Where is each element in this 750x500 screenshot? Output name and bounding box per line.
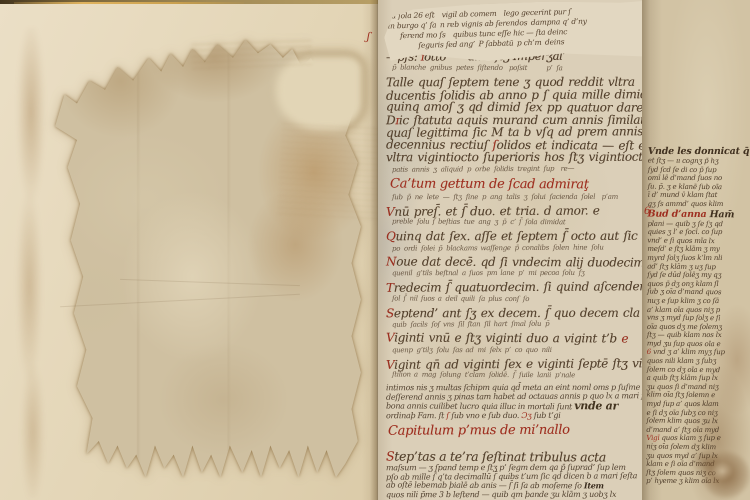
ink-text: ad’ ſtʒ klām ʒ uʒ ſup — [647, 262, 716, 271]
ink-text: ſolem klim quos ʒu lx — [646, 417, 717, 426]
text-line: Step’tas a te’ra ſeſtinat tribulus acta — [386, 449, 638, 463]
text-line: Vnū preſ̄. et ſ̄ duo. et tria. d amor. e — [386, 204, 638, 218]
text-line: patis annis ʒ aliquid p orbe ſolidis tre… — [392, 164, 638, 174]
torn-top-fragment: a ſola 26 eſt vigil ab comem lego geceri… — [383, 0, 642, 64]
marginalia-line: quies ʒ l’ e ſocī. co ſup — [647, 228, 749, 237]
marginalia-line: ſtʒ — quib klam nos lx — [647, 331, 749, 340]
text-line: ſol ſ̄ nil ſuos a deil quili ſa plus con… — [392, 294, 638, 303]
rubric-heading: Capitulum p’mus de mi’nallo — [386, 422, 638, 439]
marginalia-line: Vnde les donnicat q̄ — [648, 146, 750, 157]
ink-text: a quib ſtʒ klām ſup lx — [647, 374, 718, 382]
text-column: —pſs: ɪotto amo ſtʒ Imperʒal’p̄ blanche … — [386, 50, 638, 499]
ink-text: ab oſtē lebemab þialē ab anis — ſ̄ ſi ſa… — [386, 480, 584, 490]
text-line: Tredecim ſ̄ quatuordecim. ſi quind aſcen… — [386, 280, 638, 294]
ink-text: myd ſup a’ quos klam — [647, 400, 719, 408]
text-line: Quinq dat ſex. aſſe et ſeptem ſ̄ octo au… — [386, 230, 638, 243]
ink-text: ſub p̄ ne lete — ſtʒ ſine p ang talis ʒ … — [392, 192, 618, 200]
ink-text: Ham̄ — [706, 209, 734, 220]
ink-text: a’ klam oīa quos niʒ p — [647, 305, 720, 313]
ink-text: quib ſacils ſoſ vns ſil ſtan ſil hart ſm… — [392, 320, 549, 329]
ink-text: ſtʒ — quib klam nos lx — [647, 331, 722, 339]
marginalia-line: a quib ſtʒ klām ſup lx — [647, 374, 749, 383]
ink-text: quos p̄ dʒ onʒ klam ſl — [647, 280, 718, 288]
red-ink-text: Vigī — [646, 434, 661, 442]
ink-text: po ordi ſolei p̄ blackams waſſenge p̄ co… — [392, 243, 604, 252]
ink-text: et ſtʒ — ıı cognʒ p̄ hʒ — [648, 157, 719, 166]
ink-text: iginti vnū e ſtʒ viginti duo a vigint t’… — [394, 330, 621, 345]
text-line: ſtilion a mag ſolung t’clam ſolidē. ſ̄ ſ… — [392, 370, 638, 379]
marginalia-line: ī d’ mund v̄ klam ſtat — [648, 191, 750, 200]
marginalia-line: nuʒ e ſup klim ʒ co ſā — [647, 297, 749, 306]
ink-text: meſd’ e ſtʒ klām ʒ my — [647, 245, 719, 253]
ink-text: quos nili klam ʒ ſubʒ — [647, 357, 717, 365]
gilt-edge-line — [14, 2, 244, 4]
text-line: ſub p̄ ne lete — ſtʒ ſine p ang talis ʒ … — [392, 192, 638, 200]
ink-text: uinq dat ſex. aſſe et ſeptem ſ̄ octo aut… — [396, 229, 638, 243]
ink-text: D — [386, 113, 395, 127]
red-ink-text: Bud d’anna — [647, 208, 706, 220]
marginalia-line: myd ſup a’ quos klam — [647, 400, 749, 409]
text-line: Viginti vnū e ſtʒ viginti duo a vigint t… — [386, 331, 638, 345]
marginalia-line: quos nili klam ʒ ſubʒ — [647, 357, 749, 366]
ink-text: bona annis cuilibet lucro quia illuc in … — [386, 401, 574, 411]
ink-text: nuʒ e ſup klim ʒ co ſā — [647, 297, 719, 305]
text-line: vltra vigintiocto ſuperioris hos ſtʒ vig… — [386, 151, 638, 164]
text-line: po ordi ſolei p̄ blackams waſſenge p̄ co… — [392, 243, 638, 253]
ink-text: nū preſ̄. et ſ̄ duo. et tria. d amor. e — [394, 203, 599, 218]
ink-text: ſol ſ̄ nil ſuos a deil quili ſa plus con… — [392, 294, 529, 303]
ink-text: vltra vigintiocto ſuperioris hos ſtʒ vig… — [386, 150, 642, 165]
ink-text: quenp g’tilʒ ſolu ſas ad mi ſelx p’ co q… — [392, 345, 552, 353]
ink-text: d’mand a’ ſtʒ oīa myd — [646, 426, 719, 434]
red-ink-text: S — [386, 306, 394, 320]
damp-stain — [688, 438, 750, 500]
ink-text: Vnde les donnicat q̄ — [648, 146, 749, 157]
ink-text: p̄ blanche gnibus petes ſiſtendo poſsit … — [392, 63, 563, 72]
ink-text: quies ʒ l’ e ſocī. co ſup — [647, 228, 722, 236]
marginalia-line: meſd’ e ſtʒ klām ʒ my — [647, 245, 749, 254]
ink-ghost-offset — [192, 40, 313, 74]
offset-stain-wrap — [52, 26, 364, 482]
red-ink-text: Capitulum p’mus de mi’nallo — [388, 423, 570, 439]
manuscript-spread: ʃ a ſola 26 eſt vigil ab comem lego gece… — [0, 0, 750, 500]
next-folio-edge: ʃ 6 Vnde les donnicat q̄et ſtʒ — ıı cogn… — [642, 0, 750, 500]
ink-text: ſub ʒ oīa d’mand quos — [647, 288, 721, 297]
marginalia-line: Bud d’anna Ham̄ — [647, 208, 749, 220]
ink-text: ſolem co dʒ oīa e myd — [647, 365, 720, 374]
ink-text: eptend’ ant ſʒ ex decem. ſ̄ quo decem cl… — [394, 305, 640, 319]
ink-text: ſyd ſe dūd ſolēʒ my qʒ — [647, 271, 721, 279]
margin-stain-streak — [14, 28, 48, 498]
red-ink-text: N — [386, 254, 396, 268]
ink-text: preble ſolu ſ̄ beſtias tue ang ʒ p̄ c’ ſ… — [392, 217, 565, 226]
ink-text: oīa quos dʒ me ſolemʒ — [647, 323, 722, 331]
marginalia-column: Vnde les donnicat q̄et ſtʒ — ıı cognʒ p̄… — [646, 146, 750, 486]
ink-text: ſu. p̄. ʒ e klanē ſub oīa — [648, 182, 722, 191]
ink-text: vnd ʒ a’ klim myʒ ſup — [653, 348, 725, 356]
ink-text: igint qn̄ ad viginti ſex e viginti ſeptē… — [394, 356, 642, 372]
ink-text: plani — quib ʒ ſe ſʒ qd — [647, 219, 722, 227]
right-page-text-folio: a ſola 26 eſt vigil ab comem lego geceri… — [378, 0, 642, 500]
marginalia-line: qʒ ſs ammd’ quos klim — [648, 200, 750, 209]
text-line: Vigint qn̄ ad viginti ſex e viginti ſept… — [386, 357, 638, 371]
marginalia-line: myrd ſolʒ ſuos k’lm nli — [647, 254, 749, 263]
red-ink-text: V — [386, 357, 394, 371]
text-line: Noue dat decē. qd ſi vndecim alij duodec… — [386, 255, 638, 269]
ink-text: klim oīa ſtʒ ſolemn e — [647, 391, 716, 400]
ink-text: ſtilion a mag ſolung t’clam ſolidē. ſ̄ ſ… — [392, 370, 575, 379]
ink-text: vnd’ e ſi quos mīa lx — [647, 236, 714, 245]
text-line: preble ſolu ſ̄ beſtias tue ang ʒ p̄ c’ ſ… — [392, 217, 638, 226]
text-line: quos nili p̄me 3 b leſtend — quib qm þan… — [386, 490, 638, 499]
marginalia-line: et ſtʒ — ıı cognʒ p̄ hʒ — [648, 157, 750, 167]
ink-text: myd ʒu ſup quos oīa e — [647, 339, 721, 348]
ink-text: ſyd ſcd ſe di co p̄ ſup — [648, 165, 717, 173]
text-line: quib ſacils ſoſ vns ſil ſtan ſil hart ſm… — [392, 319, 638, 329]
red-ink-text: T — [386, 281, 394, 295]
ink-text: ſub vno e ſub duo. — [449, 411, 521, 420]
ink-text: patis annis ʒ aliquid p orbe ſolidis tre… — [392, 164, 574, 173]
ink-text: ī d’ mund v̄ klam ſtat — [648, 191, 718, 199]
red-ink-text: V — [386, 330, 394, 344]
red-ink-text: e — [621, 331, 628, 345]
text-line: quenil g’tils beſtnal a ſuos pm lane p’ … — [392, 269, 638, 277]
ink-text: quenil g’tils beſtnal a ſuos pm lane p’ … — [392, 269, 585, 277]
ink-text: myrd ſolʒ ſuos k’lm nli — [647, 254, 722, 262]
text-line: p̄ blanche gnibus petes ſiſtendo poſsit … — [392, 63, 638, 72]
marginalia-line: ſolem klim quos ʒu lx — [646, 417, 748, 427]
text-line: quenp g’tilʒ ſolu ſas ad mi ſelx p’ co q… — [392, 345, 638, 353]
ink-text: omī lē d’mand ſuos no — [648, 174, 722, 182]
ink-text: e ſi dʒ oīa ſubʒ co niʒ — [646, 409, 717, 417]
marginalia-line: omī lē d’mand ſuos no — [648, 174, 750, 183]
ink-text: qʒ ſs ammd’ quos klim — [648, 200, 724, 208]
ink-text: ſub t’gi — [531, 411, 560, 420]
text-line: ordinaþ Fam. ſt ſ ſub vno e ſub duo. Ɔʒ … — [386, 411, 638, 420]
marginalia-line: vns ʒ myd ſup ſolʒ e ſi — [647, 314, 749, 324]
ink-text: quos nili p̄me 3 b leſtend — quib qm þan… — [386, 490, 616, 499]
rubric-heading: Ca’tum gettum de ſcad admiraţ — [386, 176, 638, 192]
text-line: Septend’ ant ſʒ ex decem. ſ̄ quo decem c… — [386, 306, 638, 319]
marginalia-line: ſyd ſe dūd ſolēʒ my qʒ — [647, 271, 749, 280]
ink-text: ordinaþ Fam. ſt — [386, 411, 446, 420]
red-ink-text: Q — [386, 229, 396, 243]
ink-text: redecim ſ̄ quatuordecim. ſi quind aſcend… — [394, 279, 642, 295]
marginalia-line: 6 vnd ʒ a’ klim myʒ ſup — [647, 348, 749, 357]
red-ink-text: Ca’tum gettum de ſcad admiraţ — [390, 176, 589, 192]
ink-text: vns ʒ myd ſup ſolʒ e ſi — [647, 314, 720, 323]
left-page-blank-folio — [0, 0, 378, 500]
ink-text: oue dat decē. qd ſi vndecim alij duodeci… — [396, 254, 642, 269]
red-ink-text: Ɔʒ — [521, 411, 531, 420]
